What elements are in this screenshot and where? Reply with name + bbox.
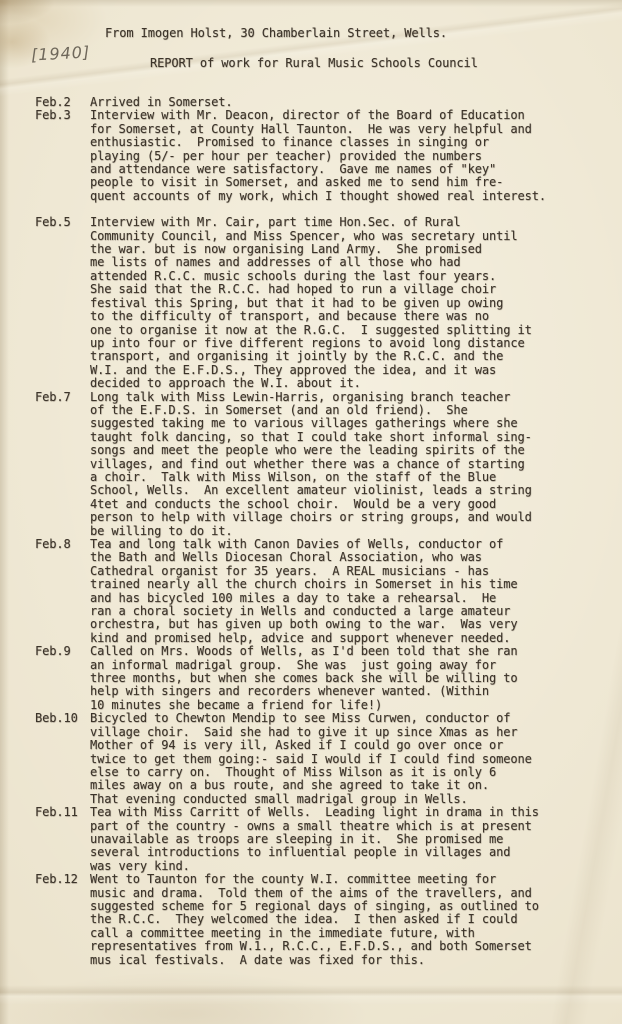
entry-date: Feb.5: [35, 216, 90, 229]
entry-text: Interview with Mr. Deacon, director of t…: [90, 109, 546, 203]
report-title: REPORT of work for Rural Music Schools C…: [150, 56, 478, 70]
report-entry: Feb.7 Long talk with Miss Lewin-Harris, …: [35, 391, 610, 538]
entry-date: Feb.9: [35, 645, 90, 658]
entry-date: Feb.12: [35, 873, 90, 886]
sender-address-line: From Imogen Holst, 30 Chamberlain Street…: [105, 26, 447, 40]
entry-text: Bicycled to Chewton Mendip to see Miss C…: [90, 712, 532, 806]
entry-text: Long talk with Miss Lewin-Harris, organi…: [90, 391, 532, 538]
entry-text: Interview with Mr. Cair, part time Hon.S…: [90, 216, 532, 390]
entry-date: Feb.8: [35, 538, 90, 551]
report-entry: Feb.8 Tea and long talk with Canon Davie…: [35, 538, 610, 645]
report-entry: Feb.12 Went to Taunton for the county W.…: [35, 873, 610, 967]
report-entry: Feb.3 Interview with Mr. Deacon, directo…: [35, 109, 610, 203]
entry-date: Feb.3: [35, 109, 90, 122]
entry-text: Tea and long talk with Canon Davies of W…: [90, 538, 517, 645]
report-entry: Feb.9 Called on Mrs. Woods of Wells, as …: [35, 645, 610, 712]
entry-text: Went to Taunton for the county W.I. comm…: [90, 873, 539, 967]
entry-text: Tea with Miss Carritt of Wells. Leading …: [90, 806, 539, 873]
entry-text: Called on Mrs. Woods of Wells, as I'd be…: [90, 645, 517, 712]
entry-date: Feb.11: [35, 806, 90, 819]
scanned-report-page: From Imogen Holst, 30 Chamberlain Street…: [0, 0, 622, 1024]
report-entry: Feb.11 Tea with Miss Carritt of Wells. L…: [35, 806, 610, 873]
entry-date: Feb.7: [35, 391, 90, 404]
report-entry: Beb.10 Bicycled to Chewton Mendip to see…: [35, 712, 610, 806]
report-entry: Feb.5 Interview with Mr. Cair, part time…: [35, 216, 610, 390]
diary-entries: Feb.2 Arrived in Somerset. Feb.3 Intervi…: [35, 96, 610, 967]
handwritten-year-annotation: [1940]: [31, 42, 91, 64]
entry-date: Beb.10: [35, 712, 90, 725]
